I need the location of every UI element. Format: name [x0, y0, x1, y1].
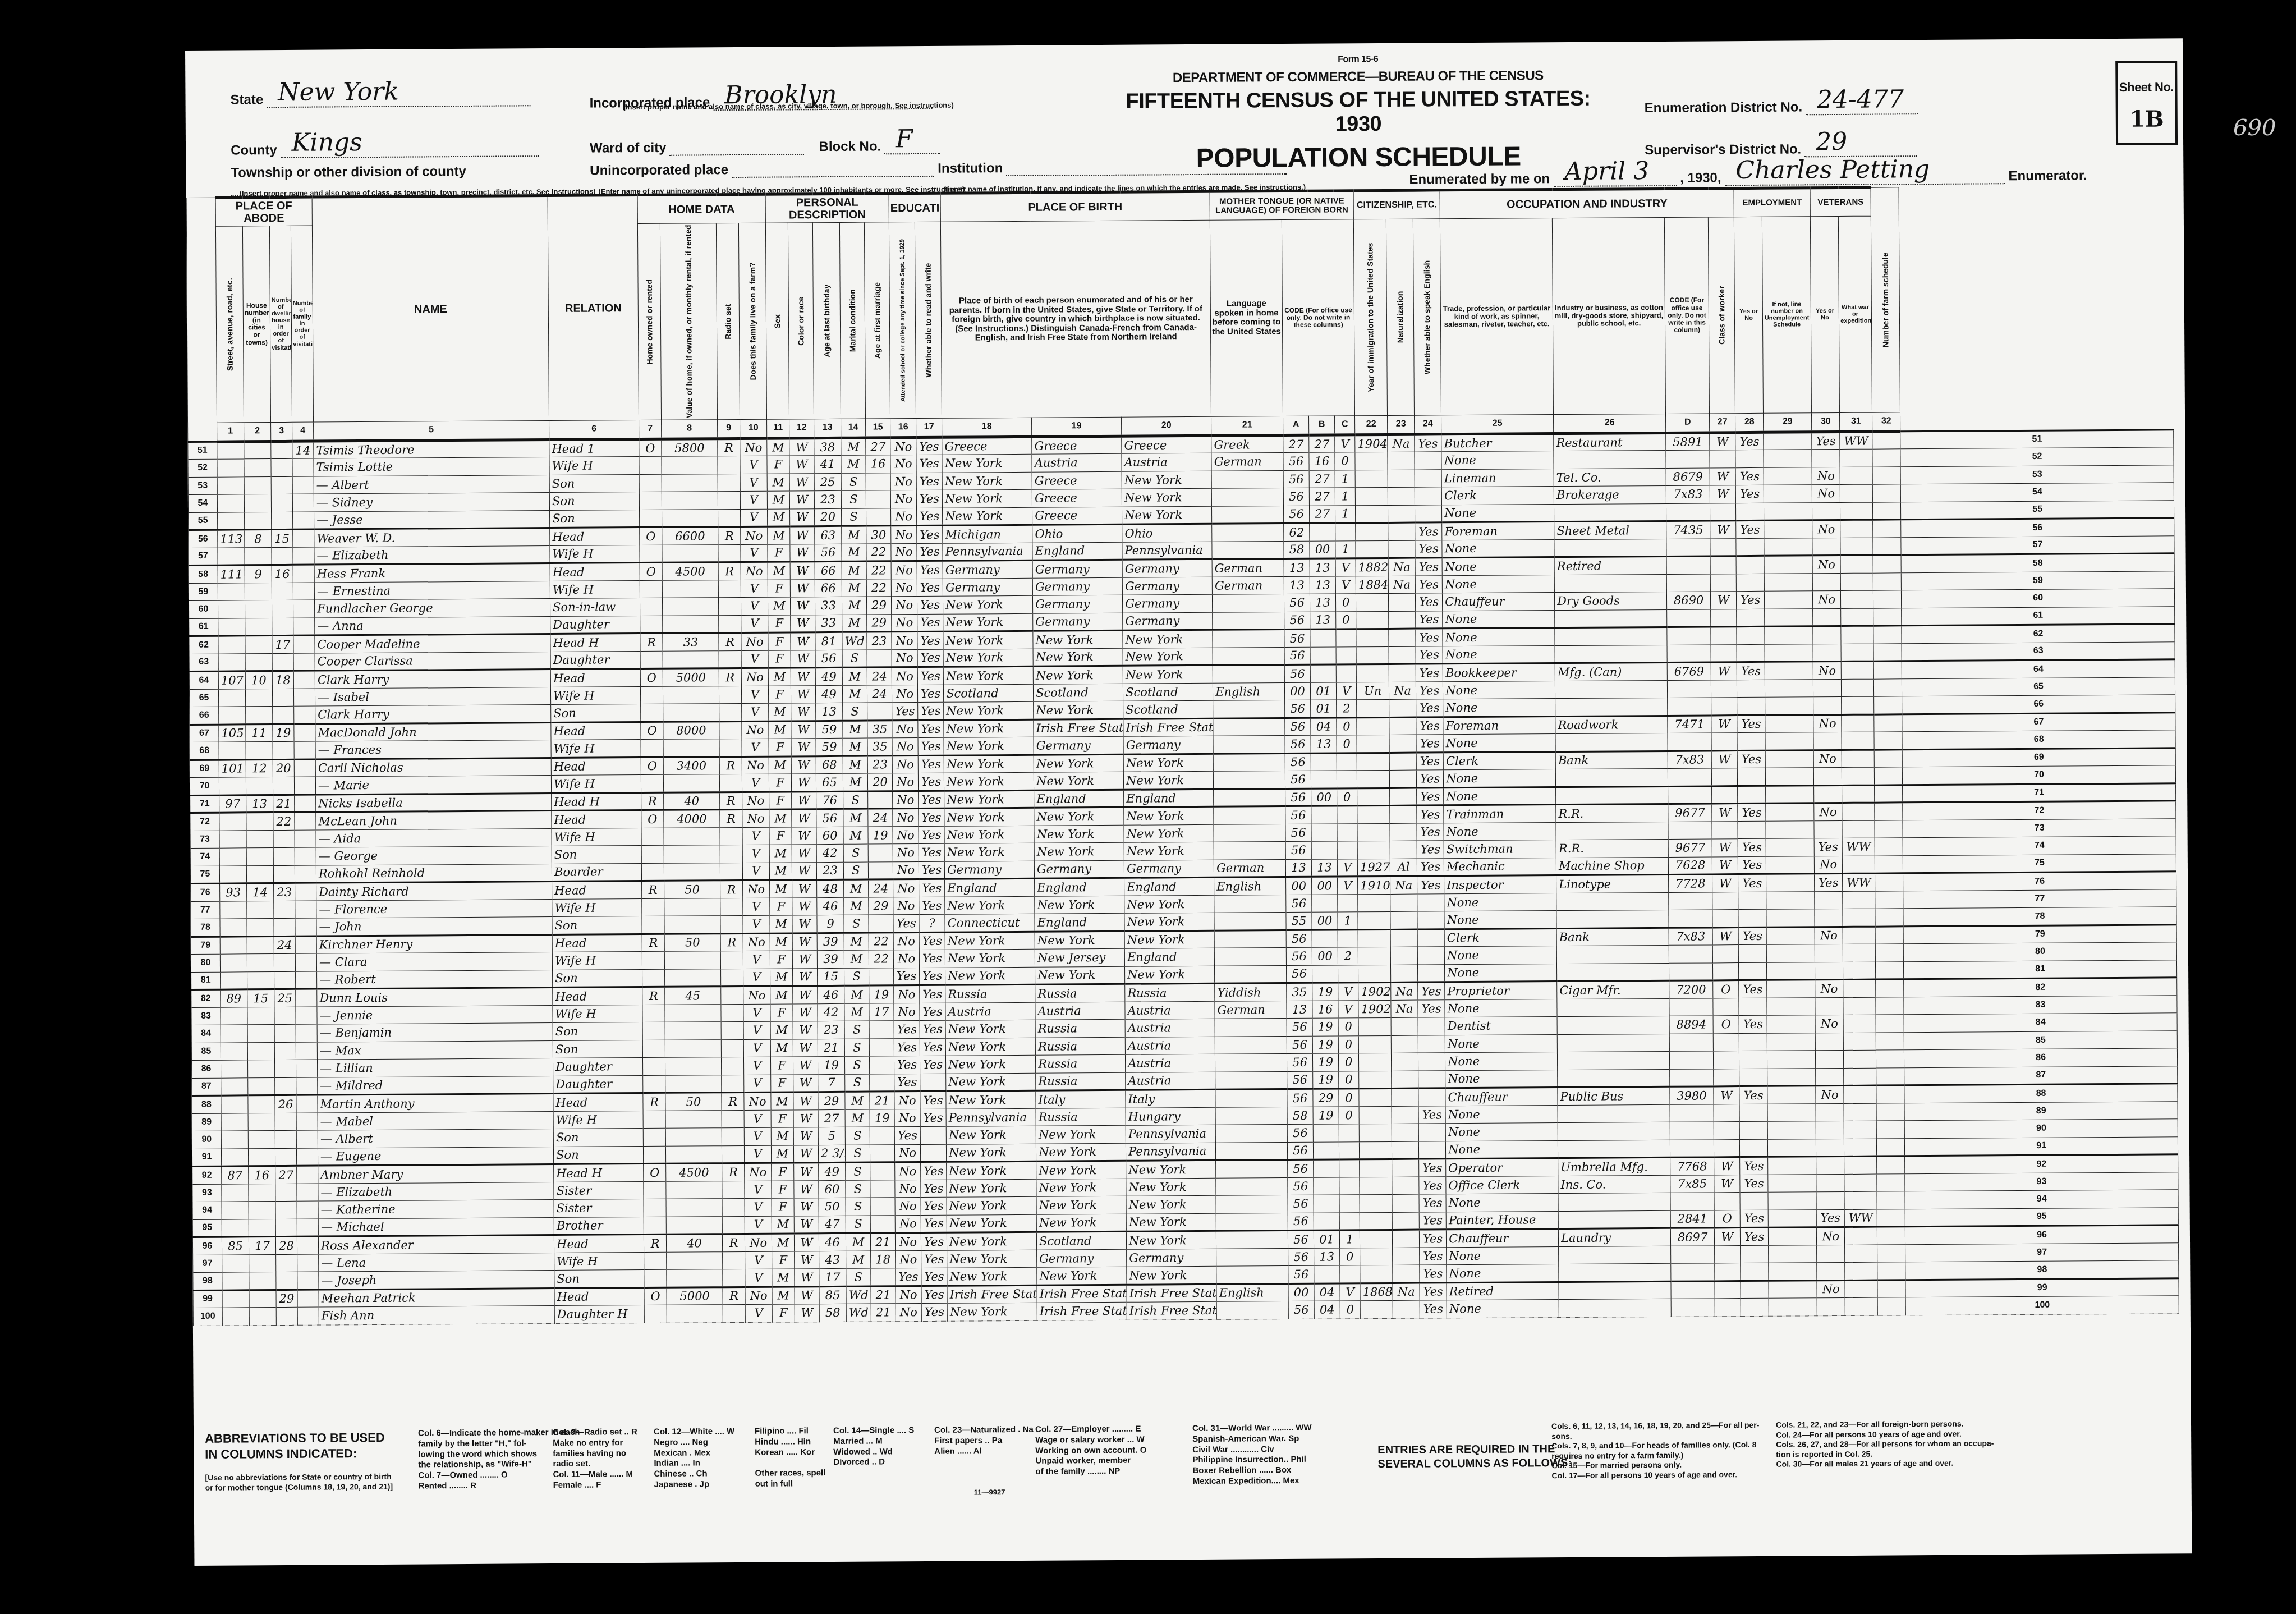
cell-code-a: 35 — [1287, 983, 1312, 1001]
cell-emp: Yes — [1737, 662, 1765, 680]
cell-vet — [1815, 909, 1843, 927]
cell-marital: S — [841, 490, 866, 508]
cell-farm: V — [744, 1057, 771, 1075]
cell-family — [296, 971, 317, 989]
cell-emp-line — [1765, 591, 1813, 609]
cell-race: W — [793, 1021, 818, 1039]
cell-language — [1213, 630, 1284, 648]
margin-number: 690 — [2233, 115, 2276, 141]
cell-race: W — [793, 1074, 818, 1092]
cell-language — [1213, 753, 1285, 771]
cell-line-right: 94 — [1905, 1190, 2178, 1209]
cell-farm: V — [745, 1251, 772, 1269]
cell-value — [662, 492, 718, 510]
cell-code-d — [1666, 503, 1710, 521]
cell-english: Yes — [1419, 1194, 1446, 1212]
cell-school: No — [893, 809, 919, 827]
cell-radio — [719, 774, 742, 792]
cell-code-a: 13 — [1287, 1001, 1312, 1019]
cell-naturalization — [1389, 735, 1416, 753]
cell-relation: Wife H — [552, 952, 642, 970]
cell-age: 47 — [819, 1216, 846, 1234]
cell-farm-no — [1872, 466, 1900, 484]
cell-radio — [720, 898, 743, 916]
cell-industry: Sheet Metal — [1554, 521, 1666, 539]
cell-birth-mother: New York — [1125, 966, 1215, 984]
cell-relation: Daughter — [550, 651, 640, 669]
cell-street — [221, 1042, 247, 1060]
cell-age-marriage: 22 — [869, 950, 893, 968]
cell-birth-person: Irish Free State — [947, 1285, 1037, 1303]
cell-language: German — [1212, 559, 1284, 577]
cell-street — [220, 954, 247, 972]
cell-value — [662, 474, 718, 492]
cell-name: Cooper Madeline — [315, 634, 550, 653]
cell-birth-father: New York — [1036, 1143, 1126, 1161]
cell-owned — [644, 1217, 666, 1235]
cell-code-b: 27 — [1309, 488, 1335, 506]
cell-radio — [721, 1022, 743, 1040]
cell-line-right: 54 — [1900, 483, 2174, 502]
cell-name: — Aida — [316, 828, 552, 847]
cell-occupation: Chauffeur — [1447, 1229, 1559, 1248]
cell-class: W — [1710, 485, 1735, 503]
cell-immigration — [1359, 1071, 1392, 1089]
cell-family — [293, 671, 315, 689]
cell-farm: V — [740, 491, 767, 509]
cell-naturalization — [1389, 593, 1416, 611]
cell-immigration — [1356, 523, 1388, 541]
cell-immigration — [1356, 594, 1389, 612]
cell-sex: F — [767, 456, 789, 474]
cell-vet — [1814, 820, 1842, 838]
cell-code-b: 13 — [1314, 1248, 1340, 1266]
cell-code-a: 56 — [1287, 1142, 1313, 1160]
cell-birth-mother: Pennsylvania — [1126, 1143, 1216, 1161]
cell-line: 89 — [192, 1113, 221, 1131]
cell-dwelling: 19 — [273, 724, 294, 742]
cell-immigration — [1357, 717, 1389, 735]
cell-line-right: 86 — [1904, 1048, 2178, 1067]
cell-race: W — [791, 756, 816, 774]
cell-street — [222, 1219, 249, 1237]
cell-dwelling — [274, 1060, 296, 1077]
cell-street: 85 — [222, 1237, 249, 1255]
cell-age-marriage — [866, 490, 890, 508]
cell-age: 5 — [818, 1127, 845, 1145]
cell-sex: F — [771, 1075, 793, 1093]
cell-naturalization — [1392, 1194, 1419, 1212]
cell-value — [667, 1269, 723, 1287]
cell-read: Yes — [921, 1250, 947, 1268]
cell-english: Yes — [1415, 522, 1442, 540]
cell-farm-no — [1876, 1015, 1904, 1033]
cell-relation: Head — [554, 1235, 644, 1253]
cell-code-a: 56 — [1288, 1265, 1314, 1283]
cell-birth-person: New York — [945, 967, 1035, 985]
cell-code-b — [1314, 1177, 1339, 1195]
cell-language — [1213, 700, 1285, 718]
cell-age-marriage — [870, 1180, 895, 1198]
cell-owned: O — [644, 1163, 666, 1181]
cell-class: W — [1711, 662, 1737, 680]
cell-value — [662, 544, 718, 562]
cell-class: W — [1711, 592, 1737, 609]
cell-marital: M — [844, 879, 869, 897]
cell-vet — [1817, 1245, 1845, 1263]
cell-family — [293, 512, 314, 530]
cell-class — [1712, 910, 1738, 928]
cell-immigration — [1355, 470, 1388, 488]
cell-birth-mother: England — [1124, 877, 1214, 895]
cell-occupation: None — [1444, 893, 1556, 911]
cell-immigration — [1360, 1194, 1392, 1212]
cell-birth-person: New York — [943, 613, 1033, 631]
cell-dwelling — [273, 741, 294, 759]
cell-family — [296, 1130, 318, 1148]
cell-line-right: 55 — [1901, 500, 2174, 519]
cell-school: No — [893, 844, 919, 862]
cell-age-marriage: 35 — [867, 738, 892, 756]
cell-family — [297, 1236, 318, 1254]
cell-relation: Head — [554, 1287, 644, 1305]
cell-birth-person: Austria — [945, 1002, 1035, 1020]
cell-occupation: Chauffeur — [1445, 1088, 1558, 1106]
col-owned: Home owned or rented — [637, 223, 661, 420]
cell-birth-father: New York — [1034, 825, 1124, 843]
cell-relation: Head — [551, 722, 641, 740]
cell-code-d — [1669, 945, 1712, 963]
cell-school: Yes — [894, 968, 920, 985]
cell-sex: F — [768, 650, 791, 668]
cell-code-d: 7x83 — [1669, 927, 1712, 945]
cell-occupation: Chauffeur — [1443, 593, 1555, 611]
cell-vet — [1815, 891, 1843, 909]
cell-class — [1712, 821, 1738, 839]
cell-code-b: 19 — [1313, 1071, 1339, 1089]
cell-occupation: None — [1444, 787, 1556, 805]
cell-owned: R — [640, 633, 663, 651]
cell-street — [218, 636, 245, 654]
cell-owned — [644, 1269, 667, 1287]
cell-family — [297, 1166, 318, 1184]
schedule-rows: 5114Tsimis TheodoreHead 1O5800RNoMW38M27… — [188, 429, 2179, 1326]
cell-race: W — [791, 615, 815, 632]
cell-industry: Mfg. (Can) — [1555, 662, 1667, 681]
cell-emp — [1737, 626, 1765, 644]
cell-line-right: 83 — [1904, 995, 2177, 1014]
cell-code-b: 16 — [1309, 452, 1335, 470]
cell-code-d — [1670, 1069, 1714, 1086]
cell-code-d: 7628 — [1668, 856, 1712, 874]
cell-age: 29 — [818, 1092, 845, 1109]
cell-code-d — [1669, 962, 1713, 980]
cell-owned — [641, 774, 663, 792]
cell-immigration: 1884 — [1356, 576, 1388, 594]
cell-value: 6600 — [662, 527, 718, 545]
cell-emp — [1740, 1139, 1768, 1157]
cell-code-c: 2 — [1338, 947, 1358, 965]
cell-code-d — [1671, 1299, 1715, 1317]
cell-dwelling: 16 — [272, 565, 293, 583]
cell-code-b — [1310, 523, 1335, 541]
cell-emp — [1738, 768, 1766, 786]
cell-war — [1844, 1068, 1876, 1086]
cell-value — [665, 1039, 721, 1057]
cell-radio — [718, 580, 741, 598]
cell-line: 64 — [189, 671, 218, 689]
cell-family — [296, 1095, 318, 1113]
cell-farm: V — [744, 1075, 771, 1093]
cell-code-d — [1668, 680, 1711, 698]
cell-industry — [1558, 1122, 1670, 1140]
cell-farm: V — [744, 1127, 771, 1145]
cell-marital: Wd — [842, 632, 867, 650]
cell-emp-line — [1767, 1068, 1816, 1086]
cell-dwelling — [276, 1254, 297, 1272]
cell-line-right: 82 — [1904, 978, 2177, 997]
cell-occupation: None — [1443, 681, 1555, 699]
cell-industry: R.R. — [1556, 839, 1668, 858]
cell-naturalization — [1389, 646, 1416, 664]
cell-family — [296, 1060, 317, 1077]
cell-birth-mother: Italy — [1126, 1089, 1215, 1107]
cell-birth-mother: England — [1124, 789, 1214, 807]
cell-emp-line — [1764, 450, 1812, 467]
cell-emp-line — [1767, 1121, 1816, 1139]
cell-english: Yes — [1416, 629, 1443, 646]
cell-age-marriage: 16 — [866, 455, 890, 473]
cell-relation: Head H — [552, 792, 641, 810]
cell-value — [662, 456, 718, 474]
cell-birth-person: New York — [947, 1214, 1036, 1232]
cell-farm-no — [1875, 820, 1903, 838]
col-dwelling: Number of dwelling house in order of vis… — [269, 226, 292, 422]
cell-age: 50 — [819, 1198, 846, 1216]
cell-language — [1213, 665, 1284, 683]
cell-house — [247, 1025, 274, 1043]
cell-radio — [721, 1039, 743, 1057]
cell-relation: Head — [550, 669, 640, 687]
cell-farm: No — [743, 880, 770, 898]
cell-owned — [642, 898, 664, 916]
cell-occupation: Bookkeeper — [1443, 663, 1555, 682]
cell-relation: Son-in-law — [550, 598, 640, 616]
cell-language — [1216, 1266, 1288, 1284]
cell-birth-mother: Germany — [1122, 559, 1212, 577]
cell-age: 48 — [817, 879, 844, 897]
abbr-col14: Col. 14—Single .... S Married ... M Wido… — [833, 1425, 915, 1468]
cell-read: Yes — [917, 579, 943, 597]
cell-line-right: 84 — [1904, 1013, 2177, 1032]
cell-age: 9 — [817, 915, 844, 933]
cell-class — [1712, 945, 1738, 963]
cell-vet — [1814, 785, 1842, 803]
cell-age-marriage — [869, 1038, 894, 1056]
cell-marital: M — [843, 827, 868, 845]
cell-age-marriage — [867, 703, 892, 721]
cell-sex: M — [769, 845, 792, 863]
cell-naturalization — [1389, 770, 1416, 788]
cell-read: Yes — [917, 631, 943, 649]
cell-emp — [1738, 786, 1766, 804]
cell-occupation: None — [1442, 504, 1554, 522]
cell-family — [293, 689, 315, 707]
cell-house — [247, 936, 274, 954]
cell-family — [295, 795, 316, 813]
cell-dwelling — [273, 847, 295, 865]
cell-dwelling — [272, 512, 293, 530]
cell-birth-person: New York — [942, 489, 1032, 507]
cell-marital: S — [846, 1180, 870, 1198]
cell-house — [248, 1113, 275, 1131]
cell-war — [1842, 732, 1874, 750]
cell-age-marriage — [869, 1021, 894, 1039]
cell-farm: V — [744, 1110, 771, 1128]
cell-house — [244, 441, 271, 459]
cell-read: Yes — [919, 861, 944, 879]
cell-race: W — [794, 1163, 819, 1181]
cell-language — [1216, 1195, 1288, 1213]
cell-code-b: 19 — [1313, 1053, 1339, 1071]
cell-value — [664, 898, 720, 916]
cell-radio — [718, 509, 741, 527]
cell-line: 71 — [190, 795, 219, 813]
cell-line: 74 — [190, 848, 219, 866]
cell-industry: Linotype — [1556, 874, 1669, 893]
cell-birth-mother: Austria — [1126, 1054, 1215, 1072]
cell-birth-person: New York — [945, 896, 1035, 914]
cell-race: W — [791, 721, 816, 739]
cell-emp — [1737, 644, 1765, 662]
cell-code-d — [1671, 1245, 1715, 1263]
cell-class — [1715, 1245, 1741, 1263]
col-radio: Radio set — [716, 223, 740, 419]
cell-farm: V — [742, 863, 769, 881]
cell-emp: Yes — [1739, 1086, 1767, 1104]
cell-marital: M — [843, 756, 867, 774]
col-industry: Industry or business, as cotton mill, dr… — [1552, 217, 1665, 414]
cell-code-d — [1671, 1263, 1715, 1281]
cell-farm: V — [745, 1304, 772, 1322]
cell-english: Yes — [1416, 611, 1443, 629]
cell-emp — [1740, 1192, 1768, 1210]
cell-code-a: 58 — [1287, 1107, 1313, 1125]
cell-vet: No — [1813, 750, 1842, 768]
cell-code-c — [1336, 664, 1356, 682]
cell-age-marriage: 29 — [869, 897, 893, 915]
cell-code-b: 13 — [1310, 612, 1336, 630]
cell-naturalization — [1388, 487, 1415, 505]
cell-english: Yes — [1417, 876, 1444, 894]
cell-emp: Yes — [1737, 591, 1765, 609]
cell-war — [1843, 909, 1875, 927]
cell-birth-mother: New York — [1122, 471, 1211, 489]
cell-industry — [1558, 1069, 1670, 1088]
cell-sex: F — [769, 827, 792, 845]
cell-birth-person: New York — [944, 808, 1034, 826]
cell-race: W — [792, 809, 816, 827]
cell-dwelling: 26 — [275, 1095, 296, 1113]
cell-industry — [1554, 574, 1666, 593]
cell-class — [1712, 786, 1738, 804]
cell-age-marriage — [869, 968, 894, 985]
group-place-of-abode: PLACE OF ABODE — [215, 197, 312, 226]
cell-race: W — [792, 897, 817, 915]
col-farm: Does this family live on a farm? — [738, 223, 766, 419]
abbr-col12b: Filipino .... Fil Hindu ...... Hin Korea… — [755, 1426, 826, 1489]
cell-class — [1711, 698, 1737, 716]
cell-code-a: 56 — [1288, 1213, 1314, 1231]
cell-naturalization — [1389, 717, 1416, 735]
cell-language: English — [1214, 877, 1286, 895]
cell-code-c: 0 — [1340, 1301, 1360, 1319]
cell-dwelling: 17 — [272, 635, 293, 653]
cell-street — [221, 1095, 248, 1113]
cell-birth-person: New York — [944, 772, 1034, 790]
cell-code-c — [1337, 753, 1357, 771]
cell-read: Yes — [920, 1109, 946, 1127]
cell-occupation: None — [1443, 628, 1555, 646]
cell-industry — [1559, 1299, 1671, 1317]
birth-description: Place of birth of each person enumerated… — [940, 220, 1211, 418]
cell-marital: M — [845, 1109, 870, 1127]
cell-age: 17 — [819, 1268, 846, 1286]
cell-code-a: 56 — [1287, 1089, 1313, 1107]
cell-race: W — [791, 703, 816, 721]
cell-war — [1844, 1050, 1876, 1068]
cell-relation: Wife H — [553, 1005, 642, 1022]
cell-dwelling — [272, 583, 293, 600]
cell-code-c: V — [1338, 983, 1358, 1001]
cell-emp: Yes — [1738, 856, 1766, 874]
cell-street — [219, 830, 246, 848]
cell-farm: No — [743, 933, 770, 951]
cell-street — [218, 547, 245, 565]
cell-birth-mother: Germany — [1123, 736, 1213, 754]
cell-emp-line — [1766, 820, 1814, 838]
cell-age-marriage: 19 — [868, 826, 893, 844]
cell-read: Yes — [916, 455, 942, 473]
cell-farm: No — [741, 632, 768, 650]
cell-birth-mother: Ohio — [1122, 524, 1212, 542]
cell-dwelling — [274, 1042, 296, 1060]
cell-owned: R — [642, 987, 665, 1005]
cell-code-c: 0 — [1336, 611, 1356, 629]
cell-marital: M — [843, 721, 867, 739]
cell-radio — [719, 739, 742, 757]
cell-line: 55 — [189, 512, 218, 530]
cell-farm: V — [742, 827, 769, 845]
cell-language — [1214, 895, 1286, 913]
cell-birth-mother: Austria — [1125, 1019, 1215, 1037]
cell-line: 62 — [189, 636, 218, 654]
cell-war — [1843, 891, 1875, 909]
cell-occupation: Operator — [1446, 1158, 1558, 1177]
cell-race: W — [793, 1039, 818, 1057]
cell-code-a: 56 — [1285, 700, 1311, 718]
cell-relation: Son — [552, 846, 641, 864]
cell-farm-no — [1873, 572, 1901, 590]
cell-owned — [643, 1128, 665, 1146]
cell-english: Yes — [1419, 1176, 1446, 1194]
cell-age-marriage: 24 — [867, 667, 892, 685]
cell-class: O — [1714, 1210, 1740, 1228]
cell-occupation: Inspector — [1444, 875, 1556, 894]
cell-value — [663, 774, 719, 792]
cell-school: No — [895, 1144, 921, 1162]
cell-farm-no — [1877, 1173, 1905, 1191]
